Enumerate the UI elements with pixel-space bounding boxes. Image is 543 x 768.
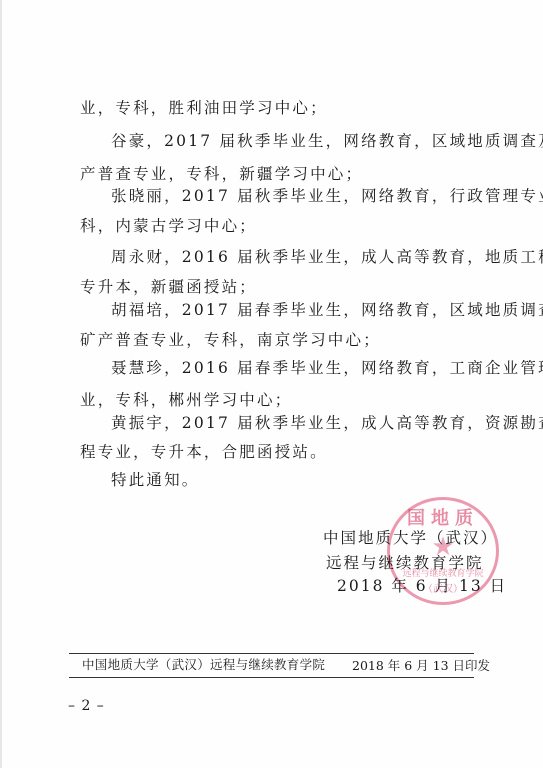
footer-top-rule xyxy=(69,653,474,654)
body-line: 程专业，专升本，合肥函授站。 xyxy=(80,442,328,462)
footer-issue-date: 2018 年 6 月 13 日印发 xyxy=(352,656,490,674)
footer-bottom-rule xyxy=(69,677,474,678)
body-line: 专升本，新疆函授站； xyxy=(80,277,257,297)
body-line: 业，专科，胜利油田学习中心； xyxy=(80,98,328,118)
page-edge xyxy=(0,0,2,768)
body-line: 胡福培，2017 届春季毕业生，网络教育，区域地质调查及 xyxy=(111,300,543,320)
body-line: 黄振宇，2017 届秋季毕业生，成人高等教育，资源勘查工 xyxy=(111,413,543,433)
signature-org-line1: 中国地质大学（武汉） xyxy=(323,528,498,548)
body-line: 周永财，2016 届秋季毕业生，成人高等教育，地质工程专业， xyxy=(111,247,543,267)
body-line: 产普查专业，专科，新疆学习中心； xyxy=(80,164,363,184)
body-line: 业，专科，郴州学习中心； xyxy=(80,390,292,410)
closing-line: 特此通知。 xyxy=(111,470,200,490)
signature-org-line2: 远程与继续教育学院 xyxy=(326,553,484,573)
footer-issuer: 中国地质大学（武汉）远程与继续教育学院 xyxy=(82,655,325,673)
signature-date: 2018 年 6 月 13 日 xyxy=(337,576,507,596)
body-line: 矿产普查专业，专科，南京学习中心； xyxy=(80,330,381,350)
body-line: 张晓丽，2017 届秋季毕业生，网络教育，行政管理专业，专 xyxy=(111,186,543,206)
seal-top-text: 国地质 xyxy=(390,504,496,530)
document-page: 业，专科，胜利油田学习中心； 谷豪，2017 届秋季毕业生，网络教育，区域地质调… xyxy=(0,0,543,768)
body-line: 科，内蒙古学习中心； xyxy=(80,216,257,236)
body-line: 聂慧珍，2016 届春季毕业生，网络教育，工商企业管理专 xyxy=(111,358,543,378)
body-line: 谷豪，2017 届秋季毕业生，网络教育，区域地质调查及矿 xyxy=(111,131,543,151)
page-number: – 2 – xyxy=(68,698,105,714)
